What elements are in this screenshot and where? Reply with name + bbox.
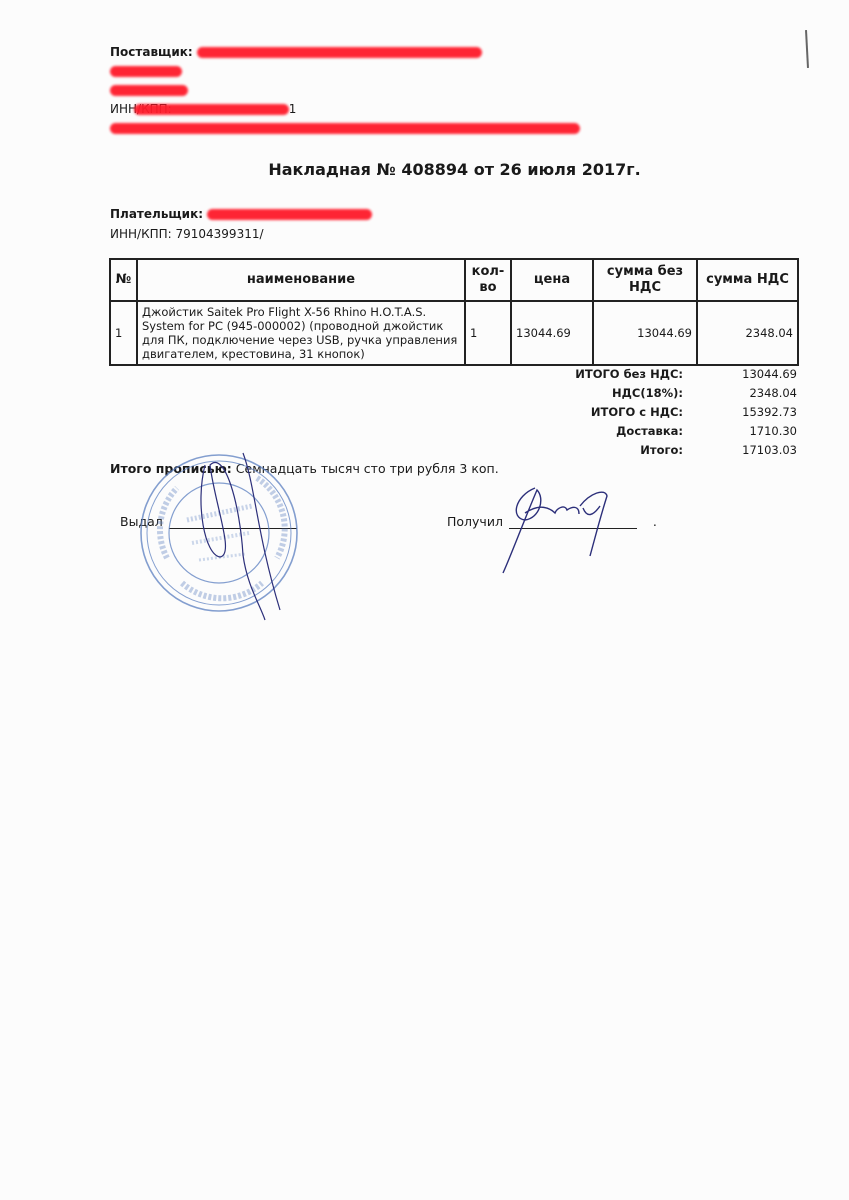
cell-sum-no-vat: 13044.69 bbox=[593, 301, 697, 365]
cell-qty: 1 bbox=[465, 301, 511, 365]
supplier-account bbox=[110, 62, 580, 81]
issued-signature-line bbox=[169, 517, 297, 529]
redaction-supplier-name bbox=[197, 47, 482, 58]
received-label: Получил bbox=[447, 514, 503, 529]
supplier-line: Поставщик: bbox=[110, 43, 580, 62]
issued-signature-field: Выдал bbox=[120, 514, 297, 529]
cell-vat-sum: 2348.04 bbox=[697, 301, 798, 365]
header-num: № bbox=[110, 259, 137, 301]
supplier-address bbox=[110, 119, 580, 138]
total-label: НДС(18%): bbox=[540, 384, 693, 403]
payer-label: Плательщик: bbox=[110, 207, 203, 221]
supplier-bik bbox=[110, 81, 580, 100]
total-label: ИТОГО с НДС: bbox=[540, 403, 693, 422]
table-header-row: № наименование кол-во цена сумма без НДС… bbox=[110, 259, 798, 301]
total-value: 2348.04 bbox=[693, 384, 797, 403]
redaction-bik bbox=[110, 85, 188, 96]
header-qty: кол-во bbox=[465, 259, 511, 301]
redaction-account bbox=[110, 66, 182, 77]
amount-in-words: Итого прописью: Семнадцать тысяч сто три… bbox=[110, 461, 499, 476]
total-label: Итого: bbox=[540, 441, 693, 460]
amount-in-words-text: Семнадцать тысяч сто три рубля 3 коп. bbox=[236, 461, 499, 476]
header-vat-sum: сумма НДС bbox=[697, 259, 798, 301]
total-row: Итого: 17103.03 bbox=[540, 441, 797, 460]
total-value: 1710.30 bbox=[693, 422, 797, 441]
cell-num: 1 bbox=[110, 301, 137, 365]
redaction-address bbox=[110, 123, 580, 134]
supplier-block: Поставщик: ИНН/КПП:1 bbox=[110, 43, 580, 138]
amount-in-words-label: Итого прописью: bbox=[110, 461, 232, 476]
scan-mark bbox=[805, 30, 809, 68]
items-table: № наименование кол-во цена сумма без НДС… bbox=[109, 258, 799, 366]
total-label: Доставка: bbox=[540, 422, 693, 441]
supplier-label: Поставщик: bbox=[110, 45, 193, 59]
payer-block: Плательщик: ИНН/КПП: 79104399311/ bbox=[110, 204, 372, 244]
cell-price: 13044.69 bbox=[511, 301, 593, 365]
cell-name: Джойстик Saitek Pro Flight X-56 Rhino H.… bbox=[137, 301, 465, 365]
payer-line: Плательщик: bbox=[110, 204, 372, 224]
header-name: наименование bbox=[137, 259, 465, 301]
header-price: цена bbox=[511, 259, 593, 301]
invoice-title: Накладная № 408894 от 26 июля 2017г. bbox=[0, 160, 849, 179]
total-row: ИТОГО без НДС: 13044.69 bbox=[540, 365, 797, 384]
totals-block: ИТОГО без НДС: 13044.69 НДС(18%): 2348.0… bbox=[540, 365, 797, 460]
total-row: НДС(18%): 2348.04 bbox=[540, 384, 797, 403]
table-row: 1 Джойстик Saitek Pro Flight X-56 Rhino … bbox=[110, 301, 798, 365]
header-sum-no-vat: сумма без НДС bbox=[593, 259, 697, 301]
supplier-inn: ИНН/КПП:1 bbox=[110, 100, 580, 119]
received-signature-line bbox=[509, 517, 637, 529]
redaction-payer-name bbox=[207, 209, 372, 220]
payer-inn: ИНН/КПП: 79104399311/ bbox=[110, 224, 372, 244]
total-value: 13044.69 bbox=[693, 365, 797, 384]
total-value: 17103.03 bbox=[693, 441, 797, 460]
redaction-inn bbox=[134, 104, 289, 115]
invoice-page: Поставщик: ИНН/КПП:1 Накладная № 408894 … bbox=[0, 0, 849, 1200]
received-signature-field: Получил . bbox=[447, 514, 657, 529]
total-row: ИТОГО с НДС: 15392.73 bbox=[540, 403, 797, 422]
total-row: Доставка: 1710.30 bbox=[540, 422, 797, 441]
supplier-inn-suffix: 1 bbox=[289, 102, 297, 116]
total-value: 15392.73 bbox=[693, 403, 797, 422]
total-label: ИТОГО без НДС: bbox=[540, 365, 693, 384]
received-dot: . bbox=[653, 514, 657, 529]
issued-label: Выдал bbox=[120, 514, 163, 529]
